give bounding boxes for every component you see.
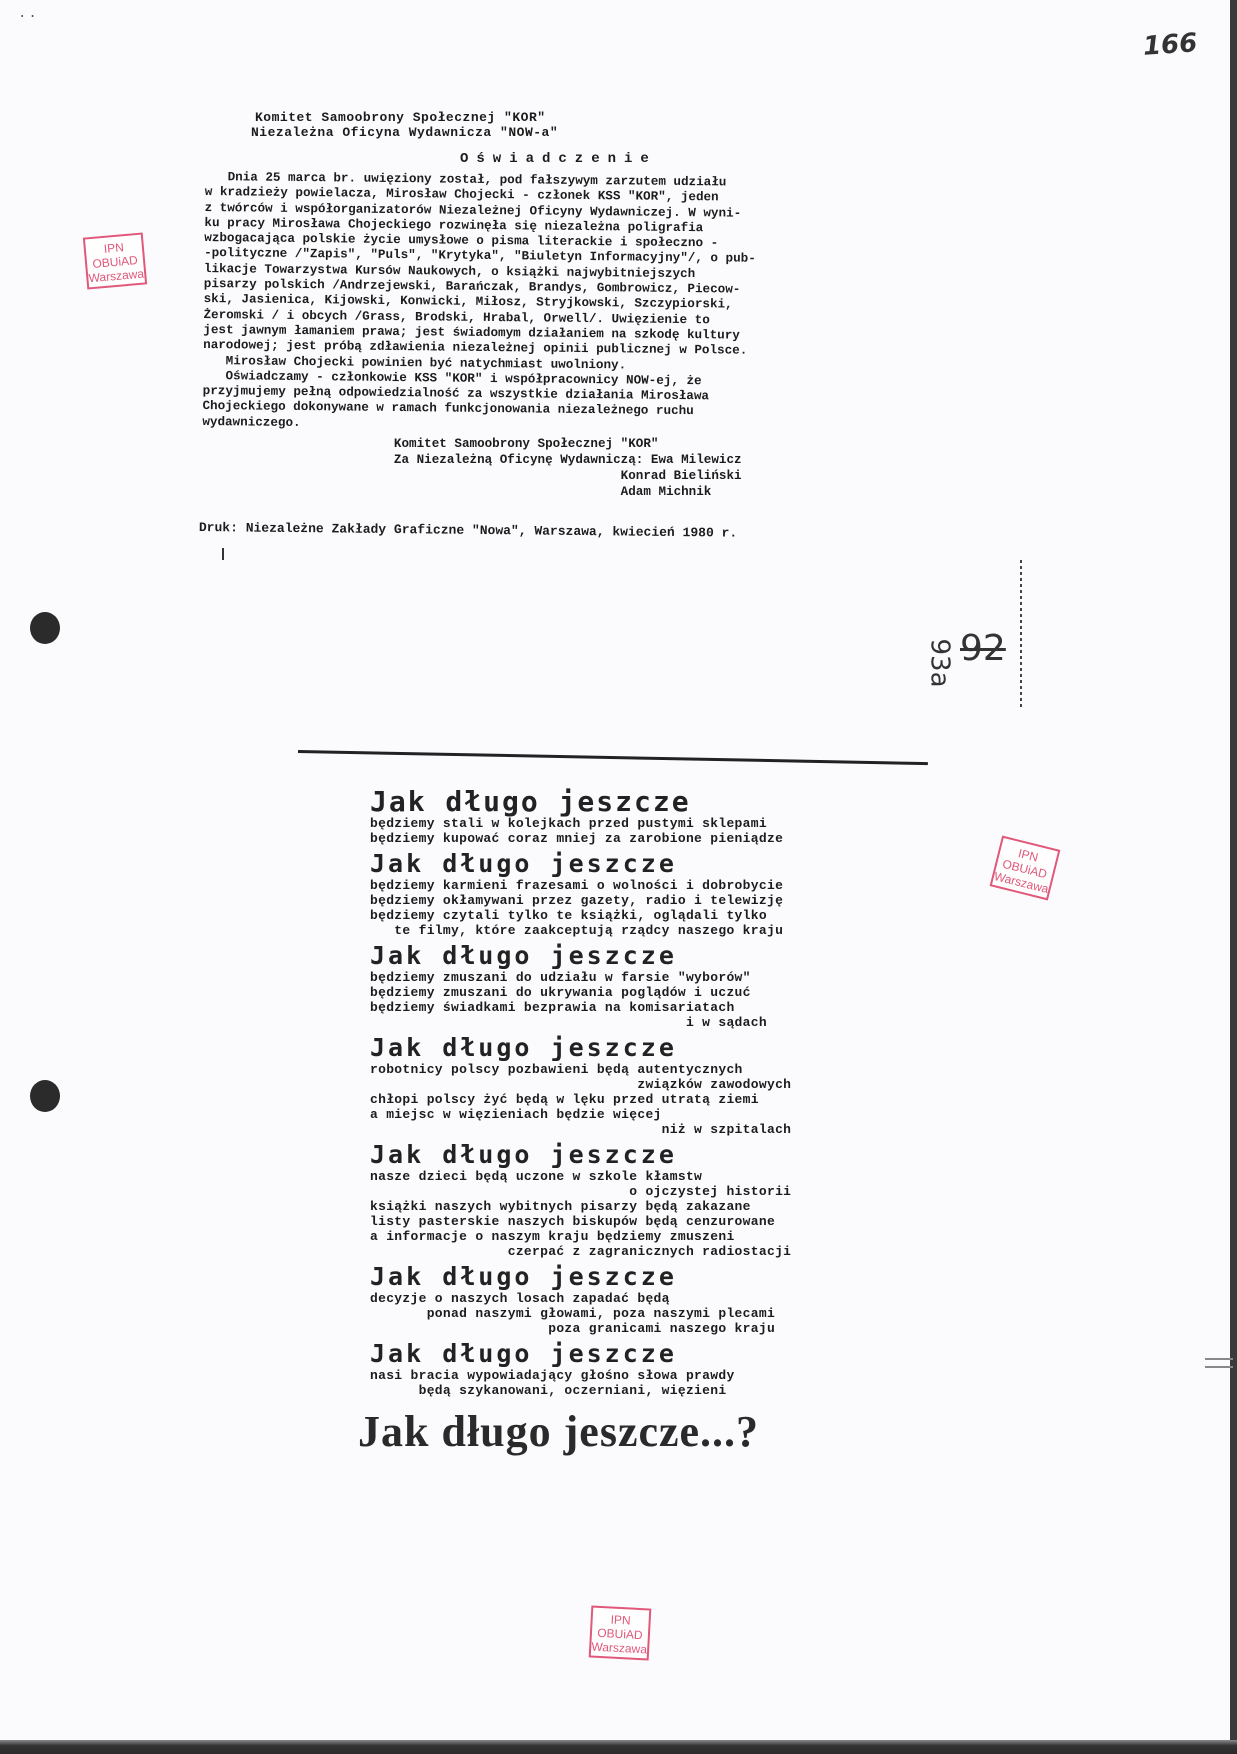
refrain-heading: Jak długo jeszcze [370,788,910,816]
verse-line: związków zawodowych [370,1077,910,1092]
verse-line: będziemy zmuszani do ukrywania poglądów … [370,985,910,1000]
corner-marks: .. [18,6,39,22]
clipping-edge [222,548,224,560]
statement-header-line: Niezależna Oficyna Wydawnicza "NOW-a" [251,125,965,140]
verse-group: nasze dzieci będą uczone w szkole kłamst… [370,1169,910,1259]
verse-line: będziemy czytali tylko te książki, ogląd… [370,908,910,923]
verse-line: o ojczystej historii [370,1184,910,1199]
verse-line: będziemy zmuszani do udziału w farsie "w… [370,970,910,985]
verse-line: chłopi polscy żyć będą w lęku przed utra… [370,1092,910,1107]
clipping-edge [1020,560,1022,710]
statement-header-line: Komitet Samoobrony Społecznej "KOR" [255,110,965,125]
verse-line: będziemy kupować coraz mniej za zarobion… [370,831,910,846]
statement-clipping: Komitet Samoobrony Społecznej "KOR" Niez… [205,110,965,710]
verse-group: robotnicy polscy pozbawieni będą autenty… [370,1062,910,1137]
refrain-heading: Jak długo jeszcze [370,1034,910,1062]
refrain-heading: Jak długo jeszcze [370,942,910,970]
verse-line: książki naszych wybitnych pisarzy będą z… [370,1199,910,1214]
signature-line: Komitet Samoobrony Społecznej "KOR" [205,436,965,452]
signature-line: Za Niezależną Oficynę Wydawniczą: Ewa Mi… [205,452,965,468]
printer-imprint: Druk: Niezależne Zakłady Graficzne "Nowa… [199,520,965,543]
verse-line: czerpać z zagranicznych radiostacji [370,1244,910,1259]
archive-stamp: IPN OBUiAD Warszawa [589,1605,652,1660]
refrain-heading: Jak długo jeszcze [370,1340,910,1368]
verse-group: decyzje o naszych losach zapadać będą po… [370,1291,910,1336]
leaflet-clipping: Jak długo jeszczebędziemy stali w kolejk… [370,788,910,1457]
verse-line: decyzje o naszych losach zapadać będą [370,1291,910,1306]
archive-number: 93a [925,638,955,687]
final-heading: Jak długo jeszcze...? [358,1406,910,1457]
signature-line: Konrad Bieliński [205,468,965,484]
margin-mark [1205,1358,1233,1360]
punch-hole-icon [30,612,60,644]
archive-stamp: IPN OBUiAD Warszawa [83,232,147,289]
refrain-heading: Jak długo jeszcze [370,850,910,878]
verse-line: i w sądach [370,1015,910,1030]
scan-edge-right [1230,0,1237,1754]
verse-group: będziemy karmieni frazesami o wolności i… [370,878,910,938]
punch-hole-icon [30,1080,60,1112]
verse-line: nasze dzieci będą uczone w szkole kłamst… [370,1169,910,1184]
verse-group: będziemy zmuszani do udziału w farsie "w… [370,970,910,1030]
signature-line: Adam Michnik [205,484,965,500]
verse-line: będą szykanowani, oczerniani, więzieni [370,1383,910,1398]
margin-mark [1205,1366,1233,1368]
verse-line: będziemy karmieni frazesami o wolności i… [370,878,910,893]
page-number: 166 [1142,28,1198,62]
verse-group: nasi bracia wypowiadający głośno słowa p… [370,1368,910,1398]
verse-line: będziemy okłamywani przez gazety, radio … [370,893,910,908]
crossed-number-text: 92 [960,628,1006,669]
verse-line: listy pasterskie naszych biskupów będą c… [370,1214,910,1229]
verse-group: będziemy stali w kolejkach przed pustymi… [370,816,910,846]
verse-line: będziemy świadkami bezprawia na komisari… [370,1000,910,1015]
verse-line: niż w szpitalach [370,1122,910,1137]
clipping-rule [298,750,928,765]
statement-title: Oświadczenie [460,150,965,168]
crossed-number: 92 [960,628,1006,669]
verse-line: a miejsc w więzieniach będzie więcej [370,1107,910,1122]
verse-line: te filmy, które zaakceptują rządcy nasze… [370,923,910,938]
scan-edge-bottom [0,1740,1237,1754]
verse-line: poza granicami naszego kraju [370,1321,910,1336]
verse-line: a informacje o naszym kraju będziemy zmu… [370,1229,910,1244]
verse-line: nasi bracia wypowiadający głośno słowa p… [370,1368,910,1383]
verse-line: ponad naszymi głowami, poza naszymi plec… [370,1306,910,1321]
stamp-line: Warszawa [591,1640,648,1657]
statement-signatures: Komitet Samoobrony Społecznej "KOR" Za N… [205,436,965,500]
refrain-heading: Jak długo jeszcze [370,1263,910,1291]
verse-line: robotnicy polscy pozbawieni będą autenty… [370,1062,910,1077]
archive-stamp: IPN OBUiAD Warszawa [990,836,1061,901]
verse-line: będziemy stali w kolejkach przed pustymi… [370,816,910,831]
statement-body: Dnia 25 marca br. uwięziony został, pod … [202,170,965,438]
refrain-heading: Jak długo jeszcze [370,1141,910,1169]
